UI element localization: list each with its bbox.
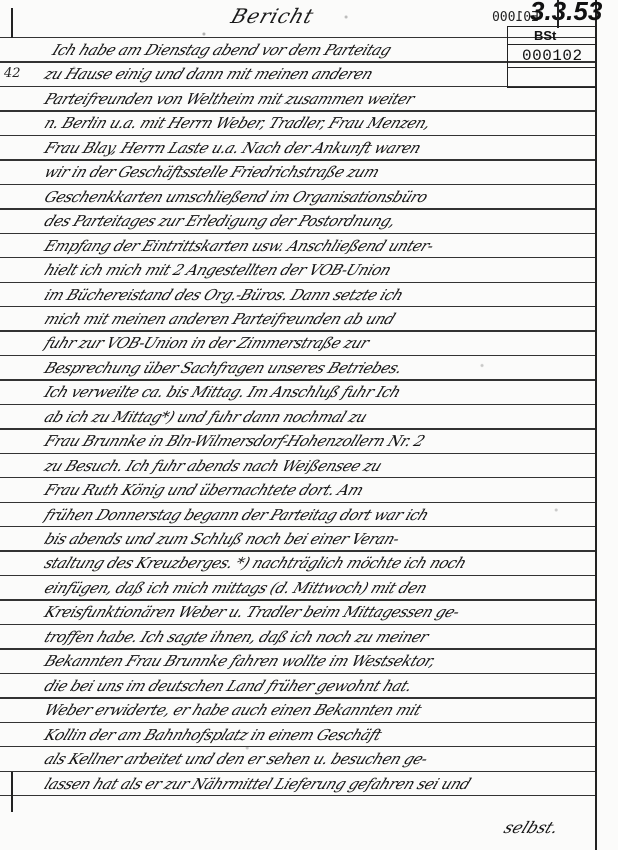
margin-note: 42 — [4, 66, 21, 81]
handwritten-line: Kreisfunktionären Weber u. Tradler beim … — [40, 603, 604, 625]
handwritten-line: im Büchereistand des Org.-Büros. Dann se… — [40, 286, 604, 308]
handwritten-line: des Parteitages zur Erledigung der Posto… — [40, 212, 604, 234]
handwritten-line: Geschenkkarten umschließend im Organisat… — [40, 188, 604, 210]
handwritten-line: Frau Ruth König und übernachtete dort. A… — [40, 481, 604, 503]
handwritten-line: Frau Brunnke in Bln-Wilmersdorf-Hohenzol… — [40, 432, 604, 454]
handwritten-line: Bekannten Frau Brunnke fahren wollte im … — [40, 652, 604, 674]
handwritten-line: als Kellner arbeitet und den er sehen u.… — [40, 750, 604, 772]
handwritten-line: zu Besuch. Ich fuhr abends nach Weißense… — [40, 457, 604, 479]
handwritten-line: bis abends und zum Schluß noch bei einer… — [40, 530, 604, 552]
handwritten-line: Kollin der am Bahnhofsplatz in einem Ges… — [40, 726, 604, 748]
handwritten-line: Ich habe am Dienstag abend vor dem Parte… — [48, 41, 612, 63]
handwritten-line: Ich verweilte ca. bis Mittag. Im Anschlu… — [40, 383, 604, 405]
handwritten-line: Parteifreunden von Weltheim mit zusammen… — [40, 90, 604, 112]
stamp-date: 3.3.53 — [530, 0, 602, 27]
stamp-divider — [557, 0, 559, 28]
handwritten-line: troffen habe. Ich sagte ihnen, daß ich n… — [40, 628, 604, 650]
handwritten-line: hielt ich mich mit 2 Angestellten der VO… — [40, 261, 604, 283]
document-page: Bericht E01000 3.3.53 BSt 000102 42 Ich … — [0, 0, 618, 850]
handwritten-line: zu Hause einig und dann mit meinen ander… — [40, 65, 604, 87]
handwritten-line: staltung des Kreuzberges. *) nachträglic… — [40, 554, 604, 576]
handwritten-line: fuhr zur VOB-Union in der Zimmerstraße z… — [40, 334, 604, 356]
handwritten-line: die bei uns im deutschen Land früher gew… — [40, 677, 604, 699]
handwritten-line: Frau Blay, Herrn Laste u.a. Nach der Ank… — [40, 139, 604, 161]
document-title: Bericht — [228, 4, 317, 28]
handwritten-line: wir in der Geschäftsstelle Friedrichstra… — [40, 163, 604, 185]
handwritten-line: mich mit meinen anderen Parteifreunden a… — [40, 310, 604, 332]
handwritten-line: Empfang der Eintrittskarten usw. Anschli… — [40, 237, 604, 259]
handwritten-line: frühen Donnerstag begann der Parteitag d… — [40, 506, 604, 528]
handwritten-line: Besprechung über Sachfragen unseres Betr… — [40, 359, 604, 381]
closing-word: selbst. — [501, 818, 561, 837]
handwritten-line: ab ich zu Mittag*) und fuhr dann nochmal… — [40, 408, 604, 430]
margin-tick-top — [11, 8, 13, 38]
margin-tick-bottom — [11, 772, 13, 812]
handwritten-line: Weber erwiderte, er habe auch einen Beka… — [40, 701, 604, 723]
ruled-line — [0, 37, 595, 38]
handwritten-line: n. Berlin u.a. mit Herrn Weber, Tradler,… — [40, 114, 604, 136]
handwritten-line: einfügen, daß ich mich mittags (d. Mittw… — [40, 579, 604, 601]
handwritten-line: lassen hat als er zur Nährmittel Lieferu… — [40, 775, 604, 797]
